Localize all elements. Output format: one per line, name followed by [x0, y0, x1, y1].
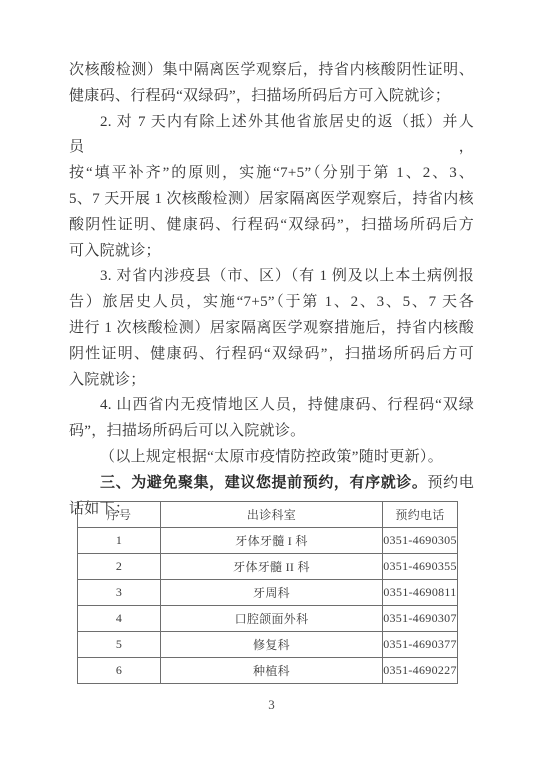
cell-dept: 牙周科 [161, 580, 383, 606]
cell-phone: 0351-4690307 [383, 606, 458, 632]
cell-phone: 0351-4690377 [383, 632, 458, 658]
table-row: 6 种植科 0351-4690227 [78, 658, 458, 684]
table-header-cell-seq: 序号 [78, 502, 161, 528]
table-row: 1 牙体牙髓 I 科 0351-4690305 [78, 528, 458, 554]
table-row: 5 修复科 0351-4690377 [78, 632, 458, 658]
cell-dept: 牙体牙髓 II 科 [161, 554, 383, 580]
table-header-cell-dept: 出诊科室 [161, 502, 383, 528]
table-header-row: 序号 出诊科室 预约电话 [78, 502, 458, 528]
cell-phone: 0351-4690305 [383, 528, 458, 554]
table-row: 4 口腔颌面外科 0351-4690307 [78, 606, 458, 632]
cell-phone: 0351-4690227 [383, 658, 458, 684]
text-line: 2. 对 7 天内有除上述外其他省旅居史的返（抵）并人员， [69, 110, 474, 162]
cell-seq: 6 [78, 658, 161, 684]
section-heading: 三、为避免聚集，建议您提前预约，有序就诊。预约电 [69, 471, 474, 497]
text-line: 次核酸检测）集中隔离医学观察后，持省内核酸阴性证明、 [69, 58, 474, 84]
text-line: 码”，扫描场所码后可以入院就诊。 [69, 419, 474, 445]
text-line: 告）旅居史人员，实施“7+5”（于第 1、2、3、5、7 天各 [69, 290, 474, 316]
cell-seq: 2 [78, 554, 161, 580]
text-line: 健康码、行程码“双绿码”，扫描场所码后方可入院就诊； [69, 84, 474, 110]
text-line: 进行 1 次核酸检测）居家隔离医学观察措施后，持省内核酸 [69, 316, 474, 342]
text-line: （以上规定根据“太原市疫情防控政策”随时更新）。 [69, 445, 474, 471]
cell-seq: 3 [78, 580, 161, 606]
page-number: 3 [0, 697, 543, 713]
text-line: 可入院就诊； [69, 239, 474, 265]
section-heading-tail: 预约电 [428, 475, 475, 491]
text-line: 5、7 天开展 1 次核酸检测）居家隔离医学观察后，持省内核 [69, 187, 474, 213]
table-row: 3 牙周科 0351-4690811 [78, 580, 458, 606]
document-page: 次核酸检测）集中隔离医学观察后，持省内核酸阴性证明、 健康码、行程码“双绿码”，… [0, 0, 543, 768]
cell-seq: 4 [78, 606, 161, 632]
cell-seq: 1 [78, 528, 161, 554]
cell-dept: 种植科 [161, 658, 383, 684]
cell-seq: 5 [78, 632, 161, 658]
cell-phone: 0351-4690811 [383, 580, 458, 606]
text-line: 按“填平补齐”的原则，实施“7+5”（分别于第 1、2、3、 [69, 161, 474, 187]
text-line: 酸阴性证明、健康码、行程码“双绿码”，扫描场所码后方 [69, 213, 474, 239]
cell-dept: 牙体牙髓 I 科 [161, 528, 383, 554]
cell-dept: 口腔颌面外科 [161, 606, 383, 632]
text-line: 3. 对省内涉疫县（市、区）（有 1 例及以上本土病例报 [69, 264, 474, 290]
text-line: 入院就诊； [69, 368, 474, 394]
cell-phone: 0351-4690355 [383, 554, 458, 580]
appointment-table: 序号 出诊科室 预约电话 1 牙体牙髓 I 科 0351-4690305 2 牙… [77, 501, 458, 684]
table-header-cell-phone: 预约电话 [383, 502, 458, 528]
text-line: 阴性证明、健康码、行程码“双绿码”，扫描场所码后方可 [69, 342, 474, 368]
cell-dept: 修复科 [161, 632, 383, 658]
document-body: 次核酸检测）集中隔离医学观察后，持省内核酸阴性证明、 健康码、行程码“双绿码”，… [69, 58, 474, 522]
text-line: 4. 山西省内无疫情地区人员，持健康码、行程码“双绿 [69, 393, 474, 419]
table-row: 2 牙体牙髓 II 科 0351-4690355 [78, 554, 458, 580]
section-heading-bold: 三、为避免聚集，建议您提前预约，有序就诊。 [100, 475, 428, 491]
